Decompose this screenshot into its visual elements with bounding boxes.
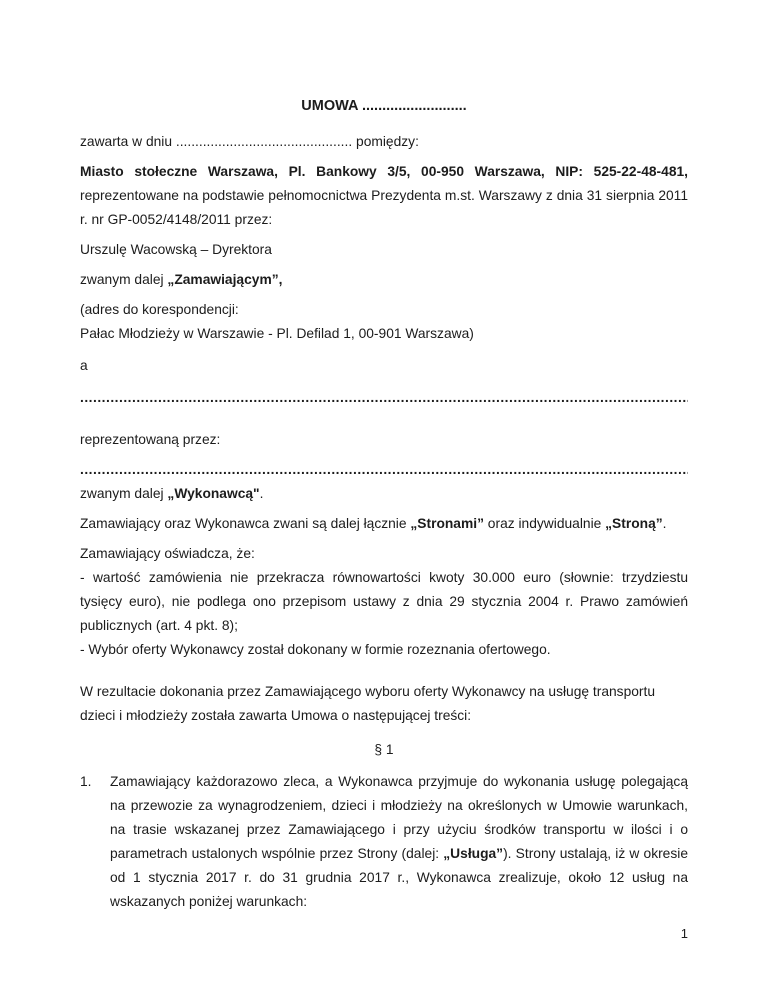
- wykonawca-clause: zwanym dalej „Wykonawcą".: [80, 482, 688, 506]
- contract-document-page: UMOWA .......................... zawarta…: [0, 0, 768, 994]
- represented-by-line: reprezentowaną przez:: [80, 428, 688, 452]
- list-item-text: Zamawiający każdorazowo zleca, a Wykonaw…: [110, 770, 688, 914]
- ordering-party-name: Miasto stołeczne Warszawa, Pl. Bankowy 3…: [80, 164, 688, 179]
- strony-clause: Zamawiający oraz Wykonawca zwani są dale…: [80, 512, 688, 536]
- wykonawca-clause-prefix: zwanym dalej: [80, 486, 167, 501]
- conjunction-a: a: [80, 354, 688, 378]
- wykonawca-clause-suffix: .: [260, 486, 264, 501]
- zamawiajacy-term: „Zamawiającym”,: [167, 272, 282, 287]
- representative-line: Urszulę Wacowską – Dyrektora: [80, 238, 688, 262]
- document-title: UMOWA ..........................: [80, 94, 688, 118]
- declaration-item-offer: - Wybór oferty Wykonawcy został dokonany…: [80, 642, 551, 657]
- contractor-representative-blank-line: ........................................…: [80, 458, 688, 482]
- usluga-term: „Usługa”: [443, 846, 503, 861]
- strony-clause-middle: oraz indywidualnie: [484, 516, 605, 531]
- strony-clause-prefix: Zamawiający oraz Wykonawca zwani są dale…: [80, 516, 410, 531]
- declaration-intro: Zamawiający oświadcza, że:: [80, 546, 255, 561]
- declaration-paragraph: Zamawiający oświadcza, że:- wartość zamó…: [80, 542, 688, 662]
- date-line: zawarta w dniu .........................…: [80, 130, 688, 154]
- strony-clause-suffix: .: [663, 516, 667, 531]
- correspondence-address-line2: Pałac Młodzieży w Warszawie - Pl. Defila…: [80, 326, 474, 341]
- correspondence-address-line1: (adres do korespondencji:: [80, 302, 239, 317]
- page-number: 1: [681, 926, 688, 942]
- stronami-term: „Stronami”: [410, 516, 484, 531]
- list-item-number: 1.: [80, 770, 110, 914]
- section-1-heading: § 1: [80, 738, 688, 762]
- declaration-item-value: - wartość zamówienia nie przekracza równ…: [80, 570, 688, 633]
- preamble-result-paragraph: W rezultacie dokonania przez Zamawiające…: [80, 680, 688, 728]
- strona-term: „Stroną”: [605, 516, 663, 531]
- correspondence-address: (adres do korespondencji:Pałac Młodzieży…: [80, 298, 688, 346]
- zamawiajacy-clause-prefix: zwanym dalej: [80, 272, 167, 287]
- contractor-blank-line: ........................................…: [80, 386, 688, 410]
- zamawiajacy-clause: zwanym dalej „Zamawiającym”,: [80, 268, 688, 292]
- section-1-item-1: 1. Zamawiający każdorazowo zleca, a Wyko…: [80, 770, 688, 914]
- wykonawca-term: „Wykonawcą": [167, 486, 259, 501]
- ordering-party-paragraph: Miasto stołeczne Warszawa, Pl. Bankowy 3…: [80, 160, 688, 232]
- ordering-party-details: reprezentowane na podstawie pełnomocnict…: [80, 188, 688, 227]
